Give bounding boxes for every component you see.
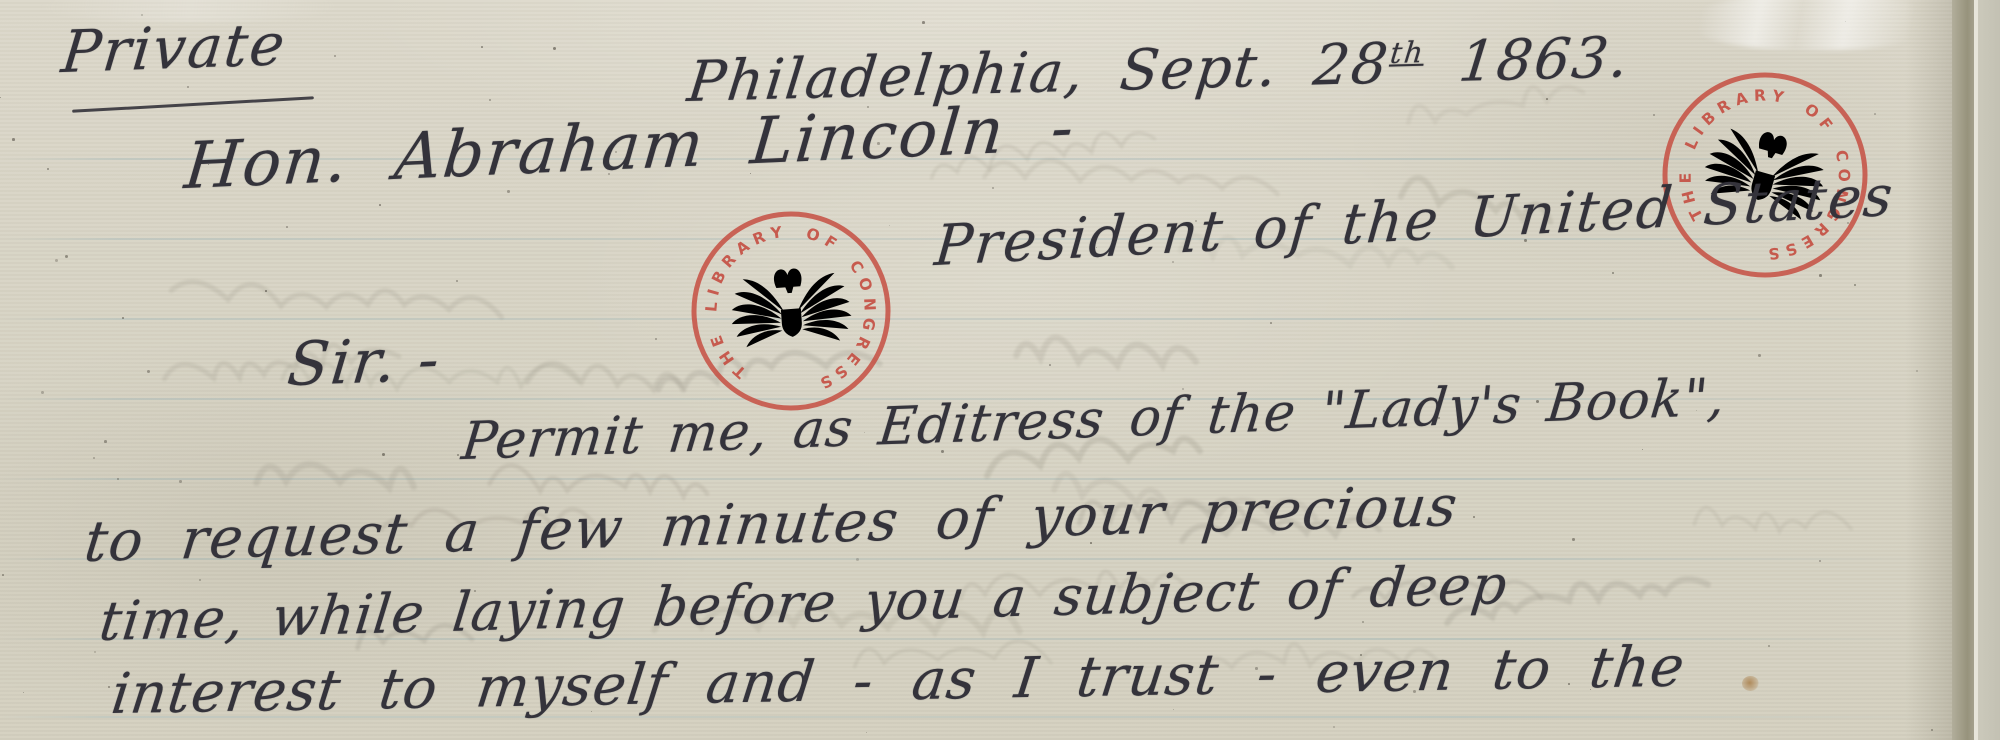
ink-stain [1742, 676, 1759, 691]
dateline-ordinal: th [1388, 35, 1426, 70]
dateline-year: 1863. [1420, 25, 1633, 96]
paper-edge-gap [1952, 0, 1974, 740]
eagle-emblem-icon [728, 265, 854, 361]
salutation: Sir. - [284, 325, 444, 401]
letter-scan: THE LIBRARY OF CONGRESS THE LIBRARY OF C… [0, 0, 2000, 740]
backing-strip [1978, 0, 2000, 740]
library-of-congress-stamp-center: THE LIBRARY OF CONGRESS [687, 207, 894, 414]
private-annotation: Private [58, 10, 289, 86]
